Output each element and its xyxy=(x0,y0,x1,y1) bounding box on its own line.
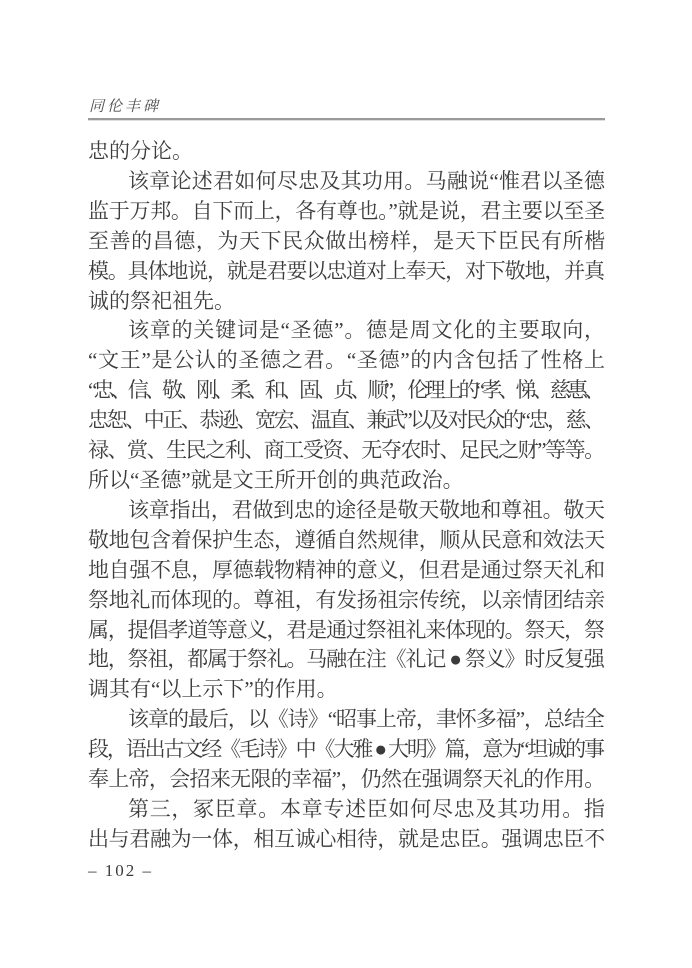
text-line: 地，祭祖，都属于祭礼。马融在注《礼记 ● 祭义》时反复强 xyxy=(88,645,605,675)
text-line-content: 诚的祭祀祖先。 xyxy=(88,289,235,313)
text-line-content: 敬地包含着保护生态，遵循自然规律，顺从民意和效法天 xyxy=(88,528,605,552)
text-line-content: 该章的关键词是“圣德”。德是周文化的主要取向， xyxy=(128,318,606,342)
text-line: 祭地礼而体现的。尊祖，有发扬祖宗传统，以亲情团结亲 xyxy=(88,586,605,616)
text-line: “文王”是公认的圣德之君。“圣德”的内含包括了性格上 xyxy=(88,346,605,376)
text-line-content: 地，祭祖，都属于祭礼。马融在注《礼记 ● 祭义》时反复强 xyxy=(88,647,604,671)
text-line-content: 地自强不息，厚德载物精神的意义，但君是通过祭天礼和 xyxy=(88,558,605,582)
text-line: 该章的最后，以《诗》“昭事上帝，聿怀多福”，总结全 xyxy=(88,705,605,735)
text-line: 该章的关键词是“圣德”。德是周文化的主要取向， xyxy=(88,316,605,346)
text-line-content: “忠、信、敬、刚、柔、和、固、贞、顺”，伦理上的“孝、悌、慈惠、 xyxy=(88,378,601,402)
text-line: 出与君融为一体，相互诚心相待，就是忠臣。强调忠臣不 xyxy=(88,825,605,855)
text-line: 属，提倡孝道等意义，君是通过祭祖礼来体现的。祭天，祭 xyxy=(88,616,605,646)
text-line-content: 奉上帝，会招来无限的幸福”，仍然在强调祭天礼的作用。 xyxy=(88,767,604,791)
text-line-content: 忠恕、中正、恭逊、宽宏、温直、兼武”以及对民众的“忠，慈、 xyxy=(88,408,603,432)
text-line-content: 监于万邦。自下而上，各有尊也。”就是说，君主要以至圣 xyxy=(88,199,605,223)
header-divider xyxy=(88,118,605,121)
text-line: 监于万邦。自下而上，各有尊也。”就是说，君主要以至圣 xyxy=(88,197,605,227)
text-line: 至善的昌德，为天下民众做出榜样，是天下臣民有所楷 xyxy=(88,227,605,257)
text-line-content: 禄、赏、生民之利、商工受资、无夺农时、足民之财”等等。 xyxy=(88,438,604,462)
running-header: 同伦丰碑 xyxy=(89,95,606,116)
text-line: 段，语出古文经《毛诗》中《大雅 ● 大明》篇，意为“坦诚的事 xyxy=(88,735,605,765)
text-line-content: “文王”是公认的圣德之君。“圣德”的内含包括了性格上 xyxy=(88,348,606,372)
text-line: 该章指出，君做到忠的途径是敬天敬地和尊祖。敬天 xyxy=(88,496,605,526)
text-line-content: 第三，冢臣章。本章专述臣如何尽忠及其功用。指 xyxy=(128,797,606,821)
text-line: 忠恕、中正、恭逊、宽宏、温直、兼武”以及对民众的“忠，慈、 xyxy=(88,406,605,436)
text-line: 禄、赏、生民之利、商工受资、无夺农时、足民之财”等等。 xyxy=(88,436,605,466)
text-line-content: 所以“圣德”就是文王所开创的典范政治。 xyxy=(88,468,464,492)
text-line: 所以“圣德”就是文王所开创的典范政治。 xyxy=(88,466,605,496)
text-line-content: 该章指出，君做到忠的途径是敬天敬地和尊祖。敬天 xyxy=(128,498,605,522)
book-page: 同伦丰碑 忠的分论。该章论述君如何尽忠及其功用。马融说“惟君以圣德监于万邦。自下… xyxy=(0,0,692,968)
body-text: 忠的分论。该章论述君如何尽忠及其功用。马融说“惟君以圣德监于万邦。自下而上，各有… xyxy=(88,137,605,855)
text-line-content: 出与君融为一体，相互诚心相待，就是忠臣。强调忠臣不 xyxy=(88,827,605,851)
text-line: 该章论述君如何尽忠及其功用。马融说“惟君以圣德 xyxy=(88,167,605,197)
text-line-content: 至善的昌德，为天下民众做出榜样，是天下臣民有所楷 xyxy=(88,229,606,253)
page-number: – 102 – xyxy=(88,861,153,881)
text-line-content: 该章论述君如何尽忠及其功用。马融说“惟君以圣德 xyxy=(128,169,605,193)
text-line-content: 属，提倡孝道等意义，君是通过祭祖礼来体现的。祭天，祭 xyxy=(88,618,604,642)
text-line-content: 该章的最后，以《诗》“昭事上帝，聿怀多福”，总结全 xyxy=(128,707,604,731)
text-line: 调其有“以上示下”的作用。 xyxy=(88,675,605,705)
text-line: “忠、信、敬、刚、柔、和、固、贞、顺”，伦理上的“孝、悌、慈惠、 xyxy=(88,376,605,406)
text-line-content: 调其有“以上示下”的作用。 xyxy=(88,677,338,701)
text-line: 忠的分论。 xyxy=(88,137,605,167)
text-line-content: 祭地礼而体现的。尊祖，有发扬祖宗传统，以亲情团结亲 xyxy=(88,588,605,612)
text-line: 模。具体地说，就是君要以忠道对上奉天，对下敬地，并真 xyxy=(88,257,605,287)
running-header-title: 同伦丰碑 xyxy=(89,99,161,115)
text-line: 奉上帝，会招来无限的幸福”，仍然在强调祭天礼的作用。 xyxy=(88,765,605,795)
text-line: 地自强不息，厚德载物精神的意义，但君是通过祭天礼和 xyxy=(88,556,605,586)
text-line: 第三，冢臣章。本章专述臣如何尽忠及其功用。指 xyxy=(88,795,605,825)
text-line: 诚的祭祀祖先。 xyxy=(88,287,605,317)
text-line-content: 忠的分论。 xyxy=(88,139,193,163)
text-line-content: 模。具体地说，就是君要以忠道对上奉天，对下敬地，并真 xyxy=(88,259,604,283)
text-line-content: 段，语出古文经《毛诗》中《大雅 ● 大明》篇，意为“坦诚的事 xyxy=(88,737,603,761)
text-line: 敬地包含着保护生态，遵循自然规律，顺从民意和效法天 xyxy=(88,526,605,556)
